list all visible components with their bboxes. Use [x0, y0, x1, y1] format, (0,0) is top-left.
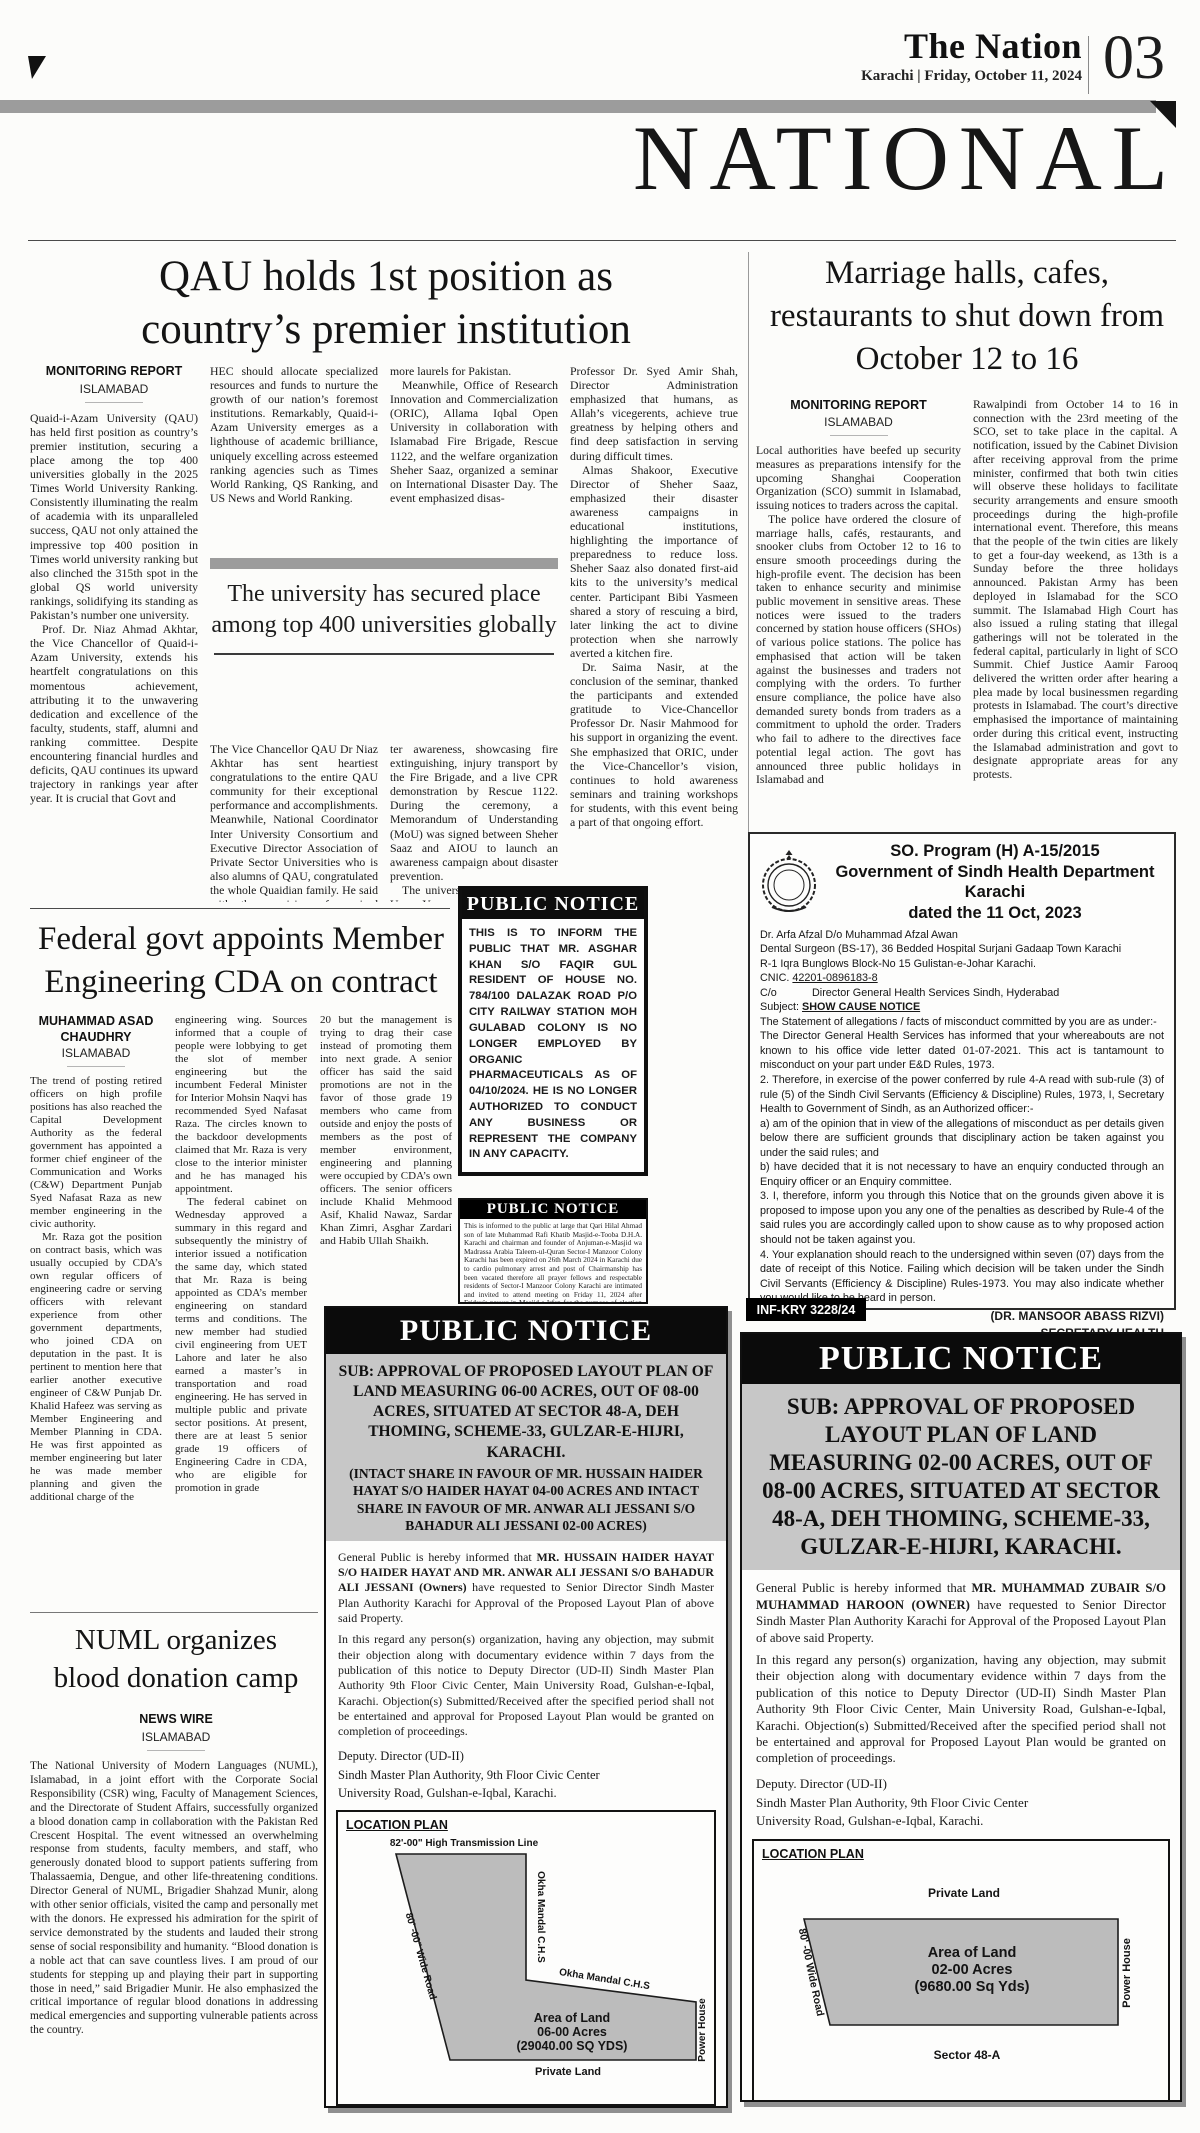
area-label-1: Area of Land: [928, 1945, 1017, 1961]
co-label: C/o: [760, 986, 812, 1001]
cda-headline-line2: Engineering CDA on contract: [30, 961, 452, 1004]
paragraph: Prof. Dr. Niaz Ahmad Akhtar, the Vice Ch…: [30, 622, 198, 805]
byline-location: ISLAMABAD: [30, 1730, 322, 1744]
sig-line2: Sindh Master Plan Authority, 9th Floor C…: [756, 1794, 1166, 1813]
p1-pre: General Public is hereby informed that: [338, 1550, 537, 1564]
co-line: C/oDirector General Health Services Sind…: [760, 986, 1164, 1001]
okha-mandal-chs-label: Okha Mandal C.H.S: [535, 1871, 546, 1963]
pull-quote-rule: [214, 653, 554, 655]
numl-article-headline: NUML organizes blood donation camp: [30, 1622, 322, 1697]
cda-column-2: engineering wing. Sources informed that …: [175, 1014, 307, 1608]
qau-column-2-bottom: The Vice Chancellor QAU Dr Niaz Akhtar h…: [210, 742, 378, 902]
qau-headline-line1: QAU holds 1st position as: [30, 250, 742, 303]
qau-column-1: MONITORING REPORT ISLAMABAD Quaid-i-Azam…: [30, 364, 198, 902]
notice-signature: Deputy. Director (UD-II) Sindh Master Pl…: [742, 1775, 1180, 1832]
subject-main: SUB: APPROVAL OF PROPOSED LAYOUT PLAN OF…: [336, 1362, 716, 1463]
notice-paragraph: 4. Your explanation should reach to the …: [760, 1248, 1164, 1306]
sindh-title-line3: dated the 11 Oct, 2023: [826, 903, 1164, 924]
marriage-article-body: MONITORING REPORT ISLAMABAD Local author…: [756, 398, 1178, 828]
location-plan-box: LOCATION PLAN Private Land 80' -00 Wide …: [752, 1839, 1170, 2102]
qau-middle-columns: HEC should allocate specialized resource…: [210, 364, 558, 902]
paragraph: Dr. Saima Nasir, at the conclusion of th…: [570, 660, 738, 829]
sig-line1: Deputy. Director (UD-II): [338, 1747, 714, 1765]
sig-line3: University Road, Gulshan-e-Iqbal, Karach…: [756, 1812, 1166, 1831]
notice-signature: Deputy. Director (UD-II) Sindh Master Pl…: [326, 1747, 726, 1801]
area-label-2: 06-00 Acres: [537, 2025, 607, 2039]
qau-byline: MONITORING REPORT ISLAMABAD: [30, 364, 198, 403]
private-land-label: Private Land: [928, 1886, 1000, 1900]
notice-body: General Public is hereby informed that M…: [742, 1570, 1180, 1774]
sindh-notice-title: SO. Program (H) A-15/2015 Government of …: [826, 841, 1164, 924]
paragraph: General Public is hereby informed that M…: [756, 1580, 1166, 1646]
paragraph: HEC should allocate specialized resource…: [210, 364, 378, 505]
notice-header: PUBLIC NOTICE: [326, 1308, 726, 1354]
area-label-1: Area of Land: [534, 2011, 610, 2025]
byline-location: ISLAMABAD: [30, 1047, 162, 1060]
page-number: 03: [1092, 24, 1176, 92]
sector-label: Sector 48-A: [934, 2048, 1001, 2062]
sindh-health-notice: SO. Program (H) A-15/2015 Government of …: [748, 832, 1176, 1310]
masthead-dateline: Karachi | Friday, October 11, 2024: [640, 68, 1082, 85]
addressee-post: Dental Surgeon (BS-17), 36 Bedded Hospit…: [760, 942, 1164, 957]
notice-body: This is informed to the public at large …: [460, 1219, 646, 1304]
paragraph: Quaid-i-Azam University (QAU) has held f…: [30, 411, 198, 622]
byline-name-line1: MUHAMMAD ASAD: [30, 1014, 162, 1030]
notice-paragraph: a) am of the opinion that in view of the…: [760, 1117, 1164, 1161]
notice-paragraph: b) have decided that it is not necessary…: [760, 1160, 1164, 1189]
numl-article-body: The National University of Modern Langua…: [30, 1760, 318, 2038]
p1-pre: General Public is hereby informed that: [756, 1581, 971, 1595]
byline-name: MONITORING REPORT: [756, 398, 961, 414]
qau-column-4: Professor Dr. Syed Amir Shah, Director A…: [570, 364, 738, 902]
qau-column-3-top: more laurels for Pakistan. Meanwhile, Of…: [390, 364, 558, 556]
location-plan-title: LOCATION PLAN: [346, 1818, 706, 1832]
power-house-label: Power House: [1121, 1938, 1133, 2008]
public-notice-asghar-khan: PUBLIC NOTICE THIS IS TO INFORM THE PUBL…: [458, 886, 648, 1176]
power-house-label: Power House: [697, 1998, 708, 2062]
co-value: Director General Health Services Sindh, …: [812, 987, 1059, 999]
marriage-byline: MONITORING REPORT ISLAMABAD: [756, 398, 961, 436]
section-title: NATIONAL: [200, 112, 1178, 204]
paragraph: In this regard any person(s) organizatio…: [338, 1632, 714, 1739]
numl-headline-line2: blood donation camp: [30, 1660, 322, 1698]
paragraph: Professor Dr. Syed Amir Shah, Director A…: [570, 364, 738, 463]
sig-line1: Deputy. Director (UD-II): [756, 1775, 1166, 1794]
notice-body: General Public is hereby informed that M…: [326, 1541, 726, 1748]
qau-midrow-bottom: The Vice Chancellor QAU Dr Niaz Akhtar h…: [210, 742, 558, 902]
notice-header: PUBLIC NOTICE: [742, 1334, 1180, 1384]
addressee-name: Dr. Arfa Afzal D/o Muhammad Afzal Awan: [760, 928, 1164, 943]
pull-quote-text: The university has secured place among t…: [210, 579, 558, 641]
paragraph: In this regard any person(s) organizatio…: [756, 1652, 1166, 1767]
byline-location: ISLAMABAD: [30, 382, 198, 396]
qau-article-body: MONITORING REPORT ISLAMABAD Quaid-i-Azam…: [30, 364, 742, 902]
paragraph: The National University of Modern Langua…: [30, 1760, 318, 2038]
qau-column-3-bottom: ter awareness, showcasing fire extinguis…: [390, 742, 558, 902]
cnic-value: 42201-0896183-8: [792, 972, 877, 984]
public-notice-layout-plan-02-acres: PUBLIC NOTICE SUB: APPROVAL OF PROPOSED …: [740, 1332, 1182, 2102]
subject-value: SHOW CAUSE NOTICE: [802, 1001, 920, 1013]
notice-header: PUBLIC NOTICE: [462, 890, 644, 919]
byline-rule: [67, 1066, 125, 1067]
cda-byline: MUHAMMAD ASAD CHAUDHRY ISLAMABAD: [30, 1014, 162, 1067]
location-plan-title: LOCATION PLAN: [762, 1847, 1160, 1861]
qau-article-headline: QAU holds 1st position as country’s prem…: [30, 250, 742, 357]
location-plan-box: LOCATION PLAN 82'-00" High Transmission …: [336, 1810, 716, 2106]
paragraph: more laurels for Pakistan.: [390, 364, 558, 378]
paragraph: The police have ordered the closure of m…: [756, 513, 961, 787]
header-rule: [28, 240, 1176, 241]
paragraph: Meanwhile, Office of Research Innovation…: [390, 378, 558, 505]
sig-line2: Sindh Master Plan Authority, 9th Floor C…: [338, 1766, 714, 1784]
qau-column-2-top: HEC should allocate specialized resource…: [210, 364, 378, 556]
subject-parenthetical: (INTACT SHARE IN FAVOUR OF MR. HUSSAIN H…: [336, 1465, 716, 1535]
cda-headline-line1: Federal govt appoints Member: [30, 918, 452, 961]
paragraph: The trend of posting retired officers on…: [30, 1075, 162, 1231]
paragraph: Rawalpindi from October 14 to 16 in conn…: [973, 398, 1178, 782]
notice-paragraph: 2. Therefore, in exercise of the power c…: [760, 1073, 1164, 1117]
area-label-3: (29040.00 SQ YDS): [517, 2039, 628, 2053]
area-label-3: (9680.00 Sq Yds): [915, 1979, 1030, 1995]
cda-article-headline: Federal govt appoints Member Engineering…: [30, 918, 452, 1004]
paragraph: The Vice Chancellor QAU Dr Niaz Akhtar h…: [210, 742, 378, 902]
cda-top-rule: [30, 908, 450, 909]
masthead-title: The Nation: [640, 28, 1082, 66]
byline-name-line2: CHAUDHRY: [30, 1030, 162, 1046]
byline-rule: [147, 1750, 205, 1751]
location-plan-diagram: 82'-00" High Transmission Line 80' -00" …: [346, 1832, 724, 2084]
location-plan-diagram: Private Land 80' -00 Wide Road Area of L…: [762, 1861, 1176, 2093]
corner-fold-mark: [28, 56, 46, 79]
sindh-title-line1: SO. Program (H) A-15/2015: [826, 841, 1164, 862]
pull-quote: The university has secured place among t…: [210, 558, 558, 734]
sig-line3: University Road, Gulshan-e-Iqbal, Karach…: [338, 1784, 714, 1802]
marriage-article-headline: Marriage halls, cafes, restaurants to sh…: [756, 252, 1178, 381]
numl-byline: NEWS WIRE ISLAMABAD: [30, 1712, 322, 1751]
cda-column-1: MUHAMMAD ASAD CHAUDHRY ISLAMABAD The tre…: [30, 1014, 162, 1608]
sindh-notice-body: Dr. Arfa Afzal D/o Muhammad Afzal Awan D…: [760, 928, 1164, 1306]
numl-headline-line1: NUML organizes: [30, 1622, 322, 1660]
paragraph: 20 but the management is trying to drag …: [320, 1014, 452, 1248]
paragraph: Mr. Raza got the position on contract ba…: [30, 1231, 162, 1504]
newspaper-page: The Nation Karachi | Friday, October 11,…: [0, 0, 1200, 2133]
notice-body: THIS IS TO INFORM THE PUBLIC THAT MR. AS…: [462, 919, 644, 1172]
masthead-divider: [1088, 36, 1089, 94]
paragraph: ter awareness, showcasing fire extinguis…: [390, 742, 558, 883]
area-label-2: 02-00 Acres: [932, 1962, 1013, 1978]
column-divider: [748, 252, 749, 892]
notice-paragraph: The Director General Health Services has…: [760, 1029, 1164, 1073]
numl-top-rule: [30, 1612, 318, 1613]
marriage-column-1: MONITORING REPORT ISLAMABAD Local author…: [756, 398, 961, 828]
subject-label: Subject:: [760, 1001, 799, 1013]
masthead: The Nation Karachi | Friday, October 11,…: [640, 28, 1082, 85]
sindh-title-line2: Government of Sindh Health Department Ka…: [826, 862, 1164, 903]
byline-name: NEWS WIRE: [30, 1712, 322, 1728]
paragraph: Local authorities have beefed up securit…: [756, 444, 961, 513]
public-notice-layout-plan-06-acres: PUBLIC NOTICE SUB: APPROVAL OF PROPOSED …: [324, 1306, 728, 2108]
statement-line: The Statement of allegations / facts of …: [760, 1015, 1164, 1030]
qau-midrow-top: HEC should allocate specialized resource…: [210, 364, 558, 556]
byline-rule: [830, 435, 888, 436]
cnic-label: CNIC.: [760, 972, 789, 984]
paragraph: The federal cabinet on Wednesday approve…: [175, 1196, 307, 1495]
notice-subject: SUB: APPROVAL OF PROPOSED LAYOUT PLAN OF…: [742, 1384, 1180, 1570]
marriage-column-2: Rawalpindi from October 14 to 16 in conn…: [973, 398, 1178, 828]
paragraph: General Public is hereby informed that M…: [338, 1550, 714, 1626]
cnic-line: CNIC. 42201-0896183-8: [760, 971, 1164, 986]
transmission-line-label: 82'-00" High Transmission Line: [390, 1838, 539, 1849]
addressee-address: R-1 Iqra Bunglows Block-No 15 Gulistan-e…: [760, 957, 1164, 972]
byline-name: MONITORING REPORT: [30, 364, 198, 380]
byline-rule: [85, 402, 143, 403]
private-land-label: Private Land: [535, 2066, 601, 2078]
qau-headline-line2: country’s premier institution: [30, 303, 742, 356]
pull-quote-bar: [210, 558, 558, 569]
sindh-notice-header: SO. Program (H) A-15/2015 Government of …: [760, 841, 1164, 924]
notice-subject: SUB: APPROVAL OF PROPOSED LAYOUT PLAN OF…: [326, 1354, 726, 1541]
public-notice-qari-hilal: PUBLIC NOTICE This is informed to the pu…: [458, 1198, 648, 1304]
byline-location: ISLAMABAD: [756, 416, 961, 430]
sindh-govt-emblem-icon: [760, 849, 818, 915]
paragraph: Almas Shakoor, Executive Director of She…: [570, 463, 738, 660]
notice-paragraph: 3. I, therefore, inform you through this…: [760, 1189, 1164, 1247]
paragraph: engineering wing. Sources informed that …: [175, 1014, 307, 1196]
subject-line: Subject: SHOW CAUSE NOTICE: [760, 1000, 1164, 1015]
inf-reference-tag: INF-KRY 3228/24: [746, 1298, 866, 1321]
notice-header: PUBLIC NOTICE: [460, 1200, 646, 1219]
